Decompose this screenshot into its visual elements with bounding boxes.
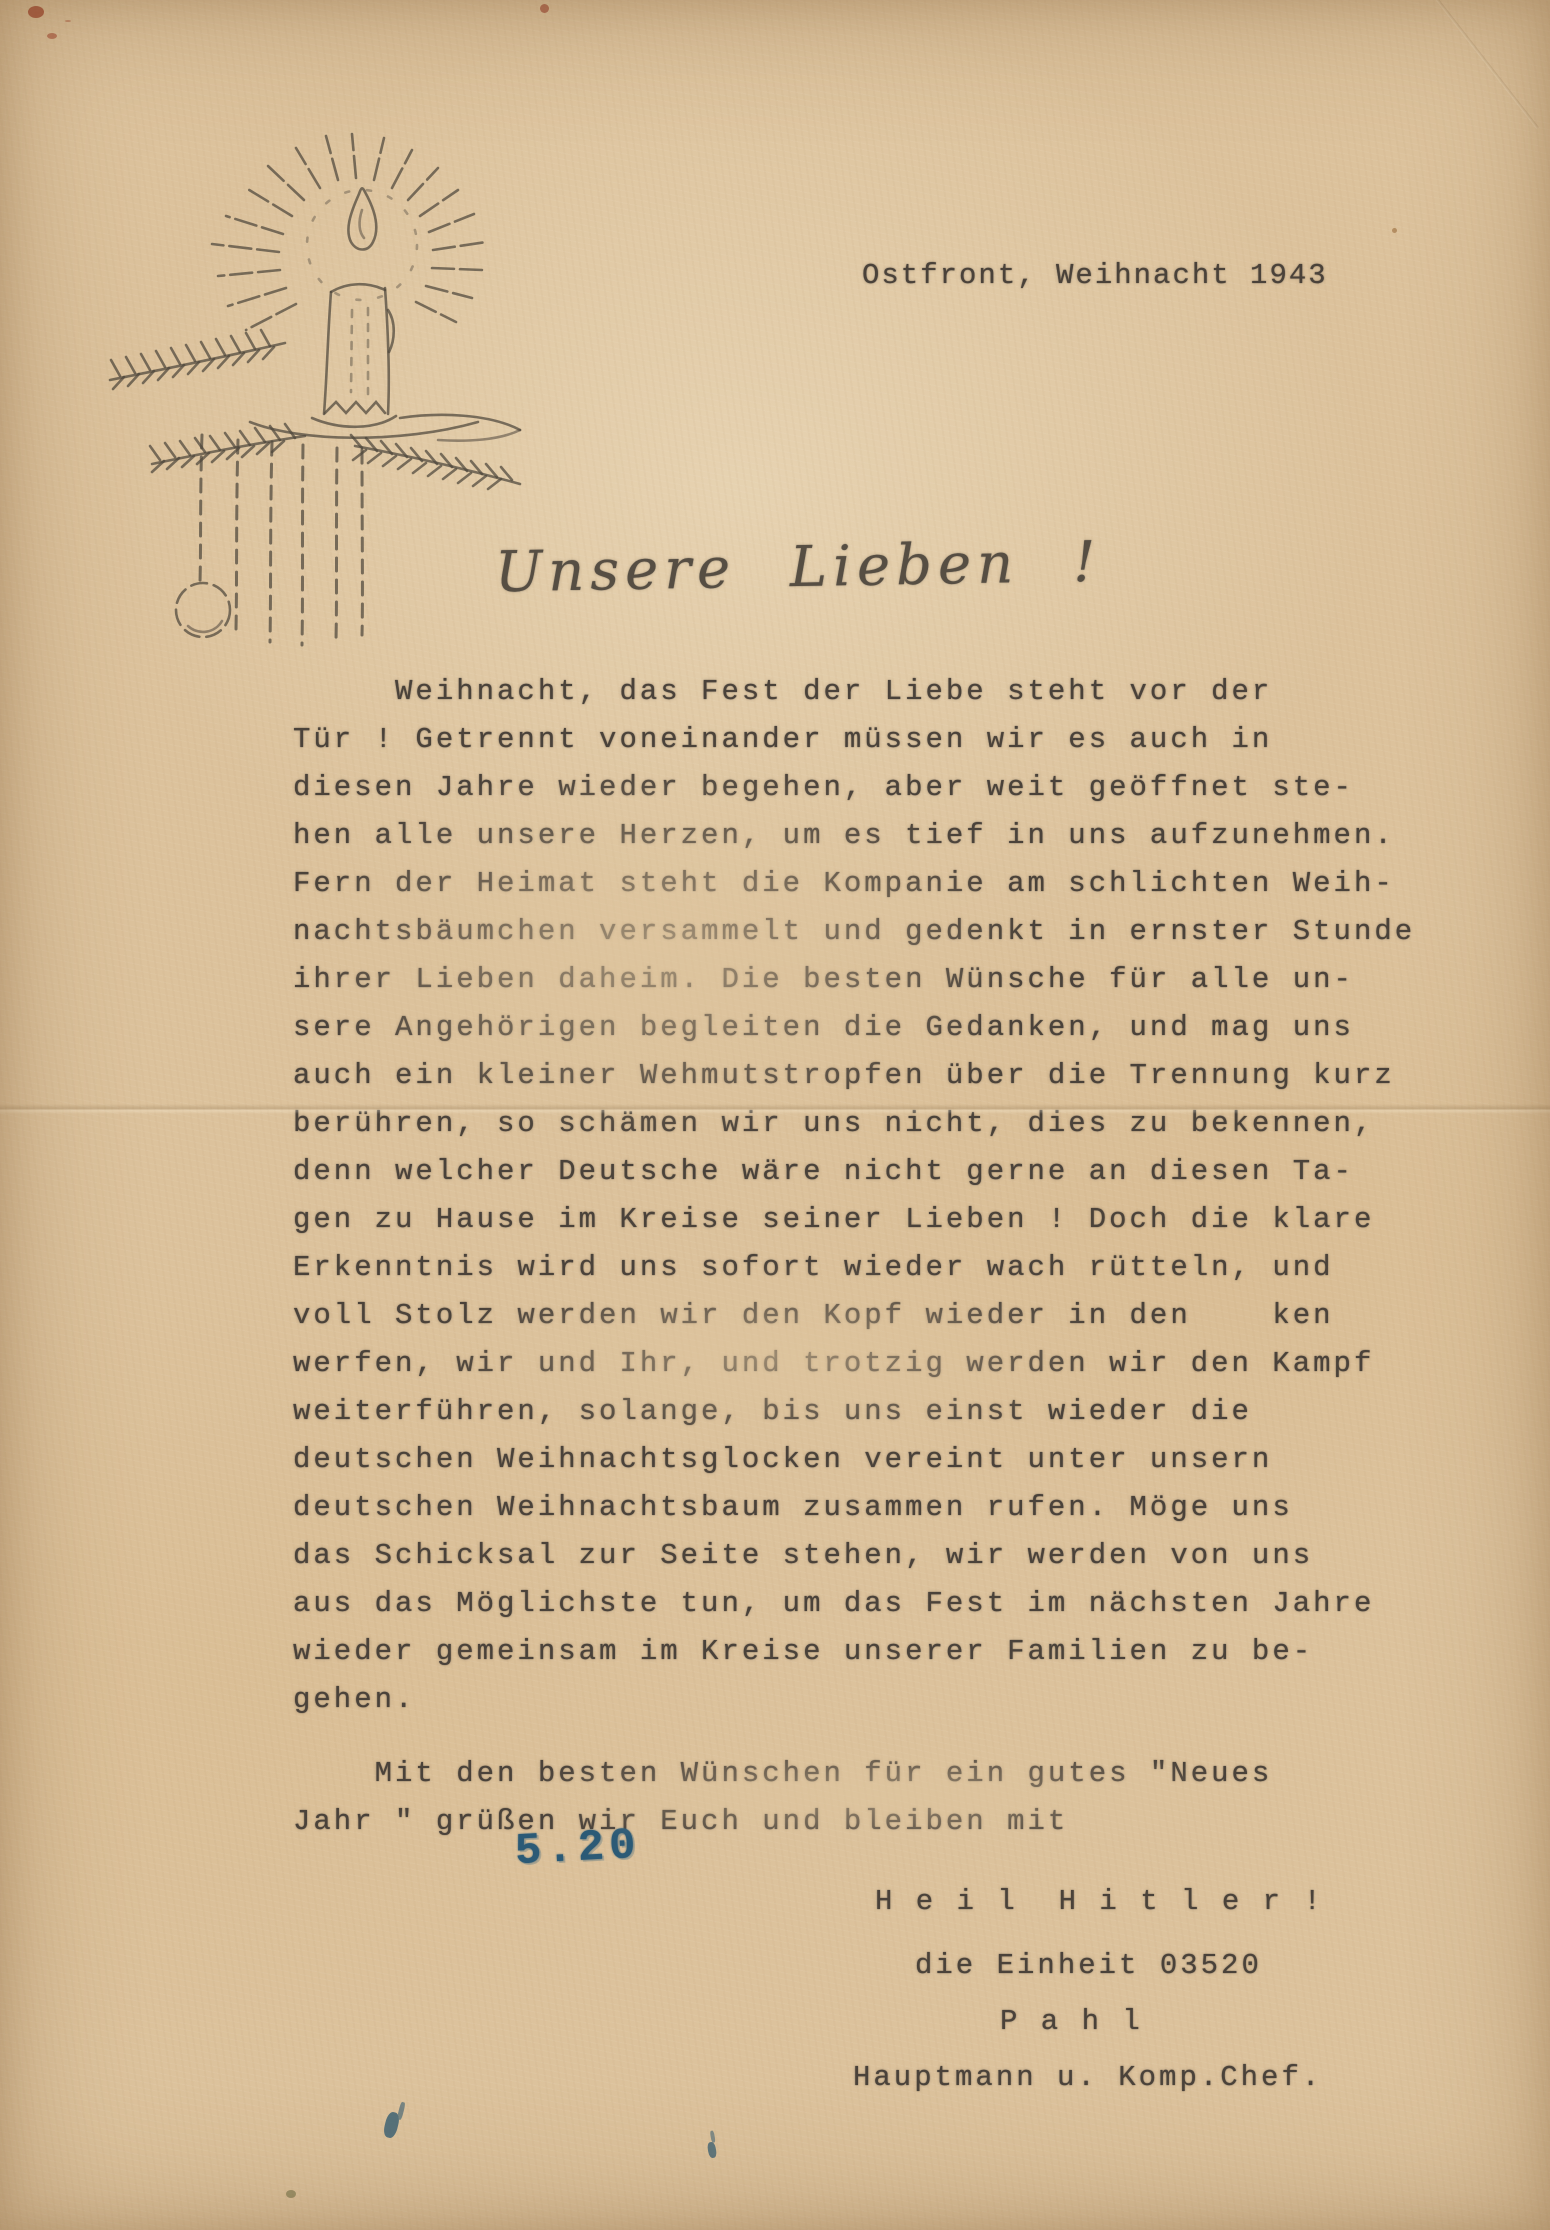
letter-line: deutschen Weihnachtsglocken vereint unte…	[293, 1436, 1415, 1484]
letter-body: Weihnacht, das Fest der Liebe steht vor …	[293, 668, 1415, 1724]
closing-unit: die Einheit 03520	[915, 1942, 1262, 1990]
candle-illustration-icon	[100, 130, 550, 650]
letter-line: Mit den besten Wünschen für ein gutes "N…	[293, 1750, 1272, 1798]
letter-line: weiterführen, solange, bis uns einst wie…	[293, 1388, 1415, 1436]
letter-line: werfen, wir und Ihr, und trotzig werden …	[293, 1340, 1415, 1388]
blue-number-mark: 5.20	[514, 1821, 642, 1878]
blue-ink-speck	[707, 2141, 718, 2158]
letter-line: auch ein kleiner Wehmutstropfen über die…	[293, 1052, 1415, 1100]
closing-salute: H e i l H i t l e r !	[875, 1878, 1324, 1926]
letter-line: Erkenntnis wird uns sofort wieder wach r…	[293, 1244, 1415, 1292]
letter-line: das Schicksal zur Seite stehen, wir werd…	[293, 1532, 1415, 1580]
red-ink-speck	[28, 6, 44, 18]
letter-line: aus das Möglichste tun, um das Fest im n…	[293, 1580, 1415, 1628]
letter-line: Tür ! Getrennt voneinander müssen wir es…	[293, 716, 1415, 764]
letter-line: berühren, so schämen wir uns nicht, dies…	[293, 1100, 1415, 1148]
letter-line: nachtsbäumchen versammelt und gedenkt in…	[293, 908, 1415, 956]
letter-line: gehen.	[293, 1676, 1415, 1724]
letter-line: voll Stolz werden wir den Kopf wieder in…	[293, 1292, 1415, 1340]
letter-closing-paragraph: Mit den besten Wünschen für ein gutes "N…	[293, 1750, 1272, 1846]
letter-line: diesen Jahre wieder begehen, aber weit g…	[293, 764, 1415, 812]
letter-line: wieder gemeinsam im Kreise unserer Famil…	[293, 1628, 1415, 1676]
letter-line: hen alle unsere Herzen, um es tief in un…	[293, 812, 1415, 860]
candle-holder	[250, 402, 520, 441]
ornament-ball-icon	[176, 583, 230, 637]
letter-line: Jahr " grüßen wir Euch und bleiben mit	[293, 1798, 1272, 1846]
candle-body	[324, 284, 394, 414]
fir-branch-icon	[351, 435, 520, 489]
red-ink-speck	[540, 4, 549, 13]
letter-line: gen zu Hause im Kreise seiner Lieben ! D…	[293, 1196, 1415, 1244]
letter-line: sere Angehörigen begleiten die Gedanken,…	[293, 1004, 1415, 1052]
letter-line: ihrer Lieben daheim. Die besten Wünsche …	[293, 956, 1415, 1004]
dateline: Ostfront, Weihnacht 1943	[862, 252, 1328, 300]
salutation: Unsere Lieben !	[494, 530, 1101, 606]
letter-page: Ostfront, Weihnacht 1943 Unsere Lieben !…	[0, 0, 1550, 2230]
closing-name: P a h l	[1000, 1998, 1143, 2046]
corner-crease	[1401, 0, 1539, 129]
letter-line: deutschen Weihnachtsbaum zusammen rufen.…	[293, 1484, 1415, 1532]
closing-rank: Hauptmann u. Komp.Chef.	[853, 2054, 1322, 2102]
tinsel-strands	[200, 435, 362, 645]
letter-line: Weihnacht, das Fest der Liebe steht vor …	[293, 668, 1415, 716]
letter-line: denn welcher Deutsche wäre nicht gerne a…	[293, 1148, 1415, 1196]
blue-ink-speck	[382, 2111, 401, 2139]
paper-stain-speck	[286, 2190, 296, 2198]
letter-line: Fern der Heimat steht die Kompanie am sc…	[293, 860, 1415, 908]
fir-branch-icon	[110, 330, 285, 389]
candle-flame	[348, 188, 376, 249]
